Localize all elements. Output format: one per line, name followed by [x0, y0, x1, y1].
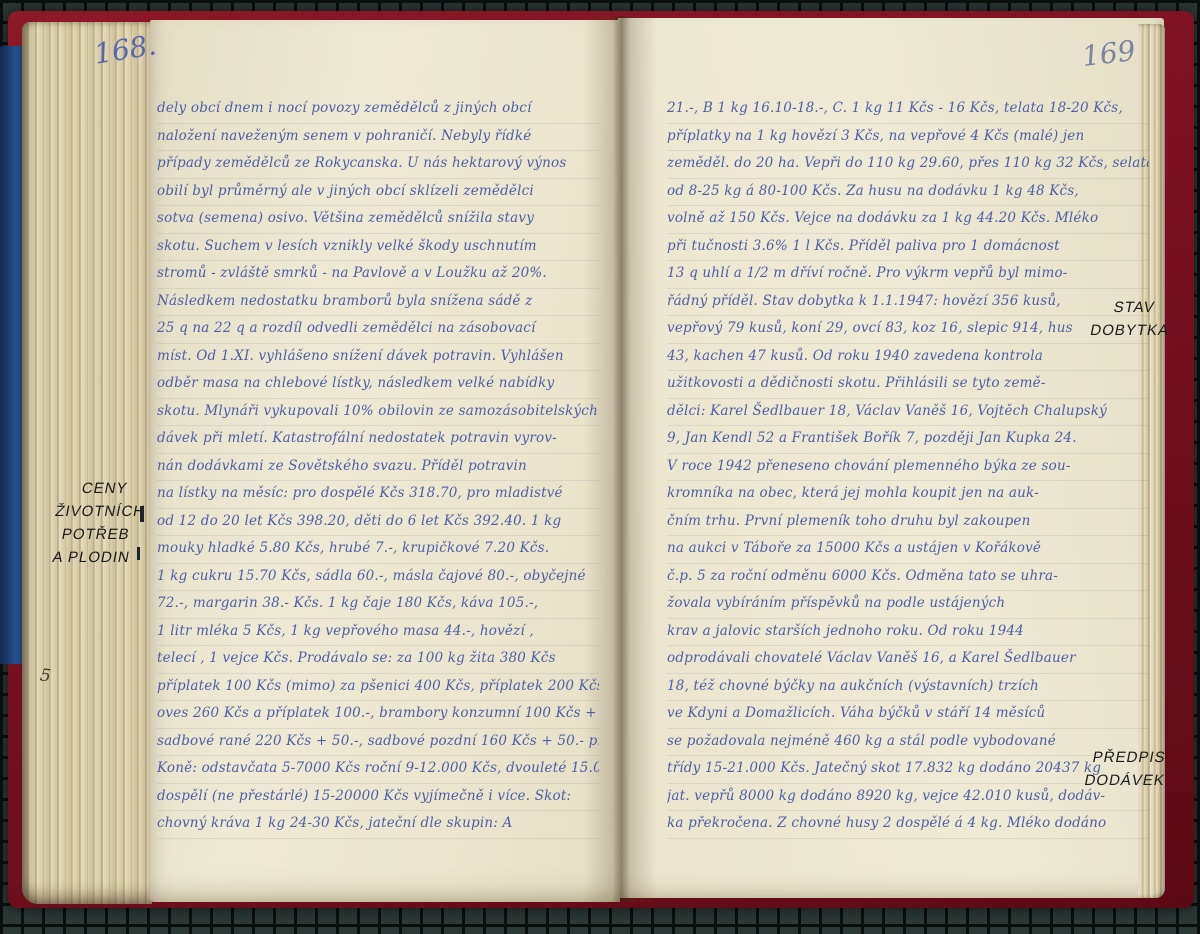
handwritten-line: sotva (semena) osivo. Většina zemědělců … — [157, 205, 599, 233]
handwritten-line: čním trhu. První plemeník toho druhu byl… — [667, 508, 1149, 536]
handwritten-line: volně až 150 Kčs. Vejce na dodávku za 1 … — [667, 205, 1149, 233]
margin-note-line: POTŘEB — [40, 523, 152, 546]
handwritten-line: ka překročena. Z chovné husy 2 dospělé á… — [667, 810, 1149, 838]
margin-note-line: CENY — [48, 477, 160, 500]
handwritten-line: třídy 15-21.000 Kčs. Jatečný skot 17.832… — [667, 755, 1149, 783]
handwritten-line: dělci: Karel Šedlbauer 18, Václav Vaněš … — [667, 398, 1149, 426]
handwritten-line: vepřový 79 kusů, koní 29, ovcí 83, koz 1… — [667, 315, 1149, 343]
handwritten-line: naložení naveženým senem v pohraničí. Ne… — [157, 123, 599, 151]
handwritten-line: užitkovosti a dědičnosti skotu. Přihlási… — [667, 370, 1149, 398]
page-number-right: 169 — [1080, 34, 1137, 73]
handwritten-line: při tučnosti 3.6% 1 l Kčs. Příděl paliva… — [667, 233, 1149, 261]
handwritten-line: příplatky na 1 kg hovězí 3 Kčs, na vepřo… — [667, 123, 1149, 151]
handwritten-line: č.p. 5 za roční odměnu 6000 Kčs. Odměna … — [667, 563, 1149, 591]
handwritten-line: řádný příděl. Stav dobytka k 1.1.1947: h… — [667, 288, 1149, 316]
handwritten-line: telecí , 1 vejce Kčs. Prodávalo se: za 1… — [157, 645, 599, 673]
ink-mark — [140, 506, 144, 522]
handwritten-line: 72.-, margarin 38.- Kčs. 1 kg čaje 180 K… — [157, 590, 599, 618]
handwritten-line: od 8-25 kg á 80-100 Kčs. Za husu na dodá… — [667, 178, 1149, 206]
handwritten-line: 21.-, B 1 kg 16.10-18.-, C. 1 kg 11 Kčs … — [667, 95, 1149, 123]
handwritten-line: jat. vepřů 8000 kg dodáno 8920 kg, vejce… — [667, 783, 1149, 811]
handwritten-line: případy zemědělců ze Rokycanska. U nás h… — [157, 150, 599, 178]
handwritten-line: dávek při mletí. Katastrofální nedostate… — [157, 425, 599, 453]
right-page-handwritten-text: 21.-, B 1 kg 16.10-18.-, C. 1 kg 11 Kčs … — [667, 95, 1149, 838]
handwritten-line: na aukci v Táboře za 15000 Kčs a ustájen… — [667, 535, 1149, 563]
handwritten-line: dospělí (ne přestárlé) 15-20000 Kčs vyjí… — [157, 783, 599, 811]
handwritten-line: 13 q uhlí a 1/2 m dříví ročně. Pro výkrm… — [667, 260, 1149, 288]
page-edge-mark: 5 — [39, 665, 52, 686]
handwritten-line: žovala vybíráním příspěvků na podle ustá… — [667, 590, 1149, 618]
handwritten-line: odběr masa na chlebové lístky, následkem… — [157, 370, 599, 398]
handwritten-line: Koně: odstavčata 5-7000 Kčs roční 9-12.0… — [157, 755, 599, 783]
handwritten-line: nán dodávkami ze Sovětského svazu. Přídě… — [157, 453, 599, 481]
handwritten-line: 43, kachen 47 kusů. Od roku 1940 zaveden… — [667, 343, 1149, 371]
handwritten-line: se požadovala nejméně 460 kg a stál podl… — [667, 728, 1149, 756]
handwritten-line: V roce 1942 přeneseno chování plemenného… — [667, 453, 1149, 481]
handwritten-line: 1 kg cukru 15.70 Kčs, sádla 60.-, másla … — [157, 563, 599, 591]
page-stack-left-edge — [22, 22, 152, 904]
ink-mark — [137, 547, 140, 560]
handwritten-line: mouky hladké 5.80 Kčs, hrubé 7.-, krupič… — [157, 535, 599, 563]
handwritten-line: dely obcí dnem i nocí povozy zemědělců z… — [157, 95, 599, 123]
handwritten-line: odprodávali chovatelé Václav Vaněš 16, a… — [667, 645, 1149, 673]
handwritten-line: 25 q na 22 q a rozdíl odvedli zemědělci … — [157, 315, 599, 343]
margin-note-line: A PLODIN — [35, 546, 147, 569]
handwritten-line: sadbové rané 220 Kčs + 50.-, sadbové poz… — [157, 728, 599, 756]
left-page-handwritten-text: dely obcí dnem i nocí povozy zemědělců z… — [157, 95, 599, 838]
blue-cloth-edge — [0, 46, 24, 664]
handwritten-line: ve Kdyni a Domažlicích. Váha býčků v stá… — [667, 700, 1149, 728]
margin-note-ceny-zivotnich-potreb: CENYŽIVOTNÍCHPOTŘEBA PLODIN — [35, 477, 161, 569]
handwritten-line: obilí byl průměrný ale v jiných obcí skl… — [157, 178, 599, 206]
handwritten-line: 1 litr mléka 5 Kčs, 1 kg vepřového masa … — [157, 618, 599, 646]
handwritten-line: od 12 do 20 let Kčs 398.20, děti do 6 le… — [157, 508, 599, 536]
handwritten-line: kromníka na obec, která jej mohla koupit… — [667, 480, 1149, 508]
handwritten-line: oves 260 Kčs a příplatek 100.-, brambory… — [157, 700, 599, 728]
handwritten-line: skotu. Mlynáři vykupovali 10% obilovin z… — [157, 398, 599, 426]
handwritten-line: Následkem nedostatku bramborů byla sníže… — [157, 288, 599, 316]
handwritten-line: 18, též chovné býčky na aukčních (výstav… — [667, 673, 1149, 701]
handwritten-line: příplatek 100 Kčs (mimo) za pšenici 400 … — [157, 673, 599, 701]
handwritten-line: 9, Jan Kendl 52 a František Bořík 7, poz… — [667, 425, 1149, 453]
handwritten-line: krav a jalovic starších jednoho roku. Od… — [667, 618, 1149, 646]
handwritten-line: zeměděl. do 20 ha. Vepři do 110 kg 29.60… — [667, 150, 1149, 178]
handwritten-line: chovný kráva 1 kg 24-30 Kčs, jateční dle… — [157, 810, 599, 838]
handwritten-line: skotu. Suchem v lesích vznikly velké ško… — [157, 233, 599, 261]
handwritten-line: na lístky na měsíc: pro dospělé Kčs 318.… — [157, 480, 599, 508]
handwritten-line: stromů - zvláště smrků - na Pavlově a v … — [157, 260, 599, 288]
scanned-chronicle-spread: 168. 169 CENYŽIVOTNÍCHPOTŘEBA PLODIN STA… — [0, 0, 1200, 934]
handwritten-line: míst. Od 1.XI. vyhlášeno snížení dávek p… — [157, 343, 599, 371]
